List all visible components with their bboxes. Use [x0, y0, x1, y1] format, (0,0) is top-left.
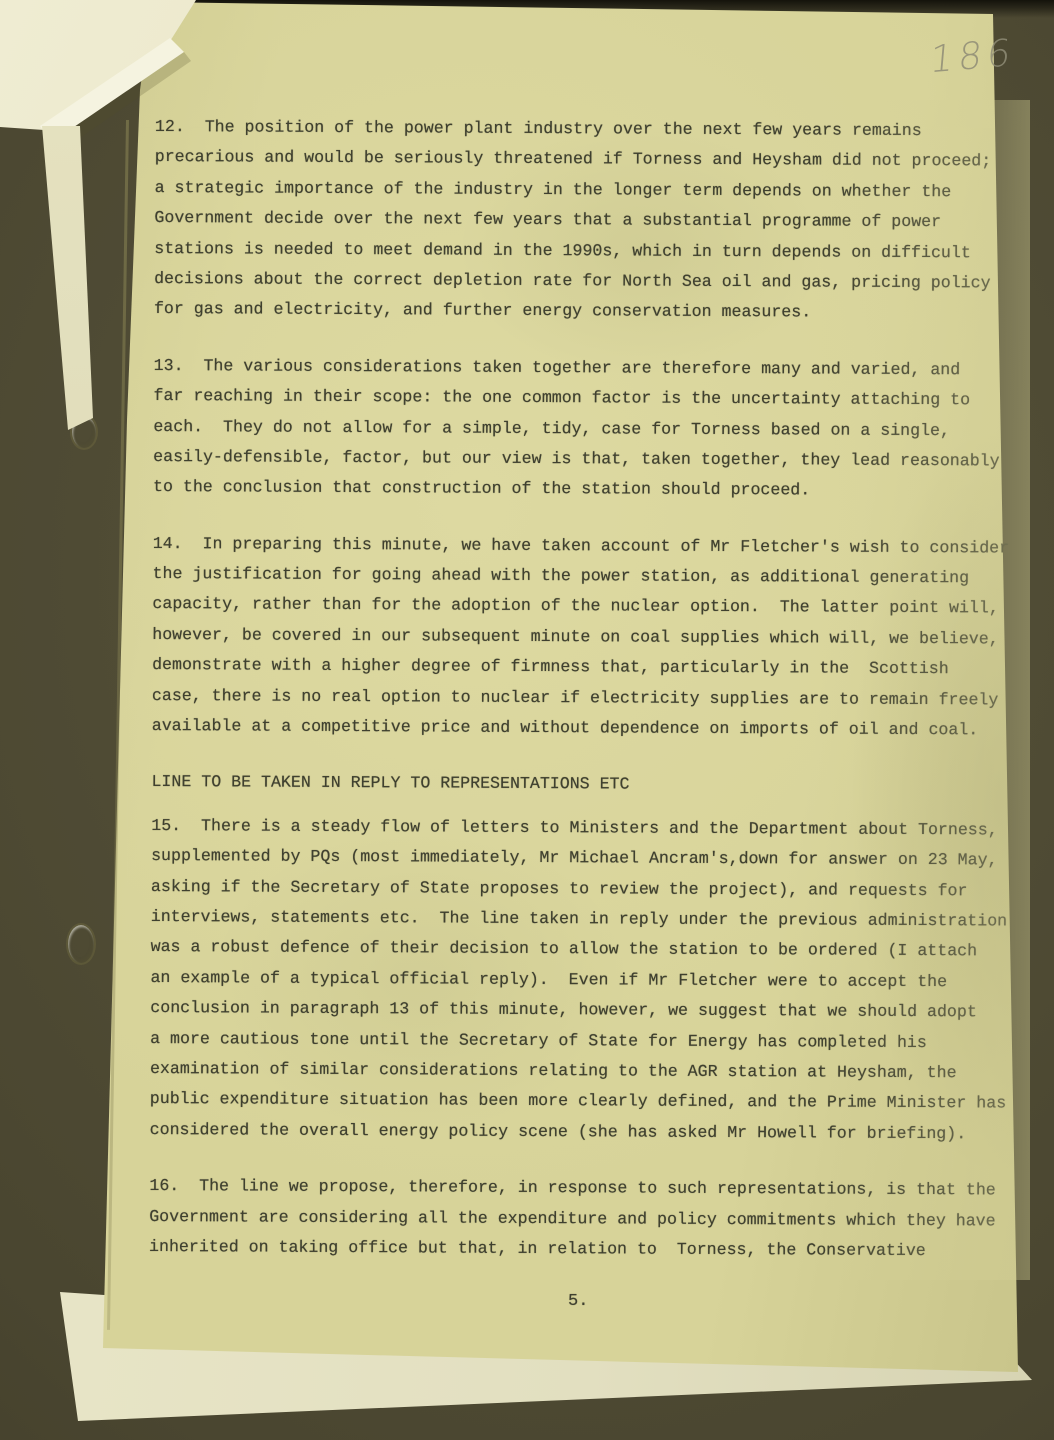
text-line: precarious and would be seriously threat… [155, 142, 1023, 177]
text-line: 14. In preparing this minute, we have ta… [153, 529, 1021, 564]
text-line: inherited on taking office but that, in … [149, 1232, 1017, 1267]
text-line: asking if the Secretary of State propose… [151, 872, 1019, 907]
paragraph-12: 12. The position of the power plant indu… [154, 112, 1023, 329]
text-line: Government are considering all the expen… [149, 1201, 1017, 1236]
text-line: however, be covered in our subsequent mi… [152, 620, 1020, 655]
text-line: 16. The line we propose, therefore, in r… [149, 1171, 1017, 1206]
text-line: Government decide over the next few year… [154, 203, 1022, 238]
text-line: 15. There is a steady flow of letters to… [151, 811, 1019, 846]
paragraph-15: 15. There is a steady flow of letters to… [150, 811, 1020, 1150]
text-block: 12. The position of the power plant indu… [149, 112, 1023, 1293]
text-line: available at a competitive price and wit… [152, 711, 1020, 746]
text-line: stations is needed to meet demand in the… [154, 234, 1022, 269]
text-line: the justification for going ahead with t… [152, 559, 1020, 594]
text-line: decisions about the correct depletion ra… [154, 264, 1022, 299]
scanned-document-photo: 186 12. The position of the power plant … [0, 0, 1054, 1440]
text-line: a strategic importance of the industry i… [155, 173, 1023, 208]
paragraph-14: 14. In preparing this minute, we have ta… [152, 529, 1021, 746]
text-line: LINE TO BE TAKEN IN REPLY TO REPRESENTAT… [151, 767, 1019, 802]
text-line: case, there is no real option to nuclear… [152, 681, 1020, 716]
text-line: examination of similar considerations re… [150, 1054, 1018, 1089]
text-line: 13. The various considerations taken tog… [154, 351, 1022, 386]
text-line: to the conclusion that construction of t… [153, 472, 1021, 507]
text-line: easily-defensible, factor, but our view … [153, 442, 1021, 477]
page-number: 5. [568, 1292, 588, 1311]
handwritten-folio-number: 186 [928, 31, 1017, 82]
text-line: interviews, statements etc. The line tak… [151, 902, 1019, 937]
text-line: each. They do not allow for a simple, ti… [153, 412, 1021, 447]
punch-hole-emboss-bottom [66, 923, 96, 965]
paragraph-16: 16. The line we propose, therefore, in r… [149, 1171, 1017, 1267]
text-line: an example of a typical official reply).… [150, 963, 1018, 998]
section-heading: LINE TO BE TAKEN IN REPLY TO REPRESENTAT… [151, 767, 1019, 802]
text-line: conclusion in paragraph 13 of this minut… [150, 993, 1018, 1028]
text-line: 12. The position of the power plant indu… [155, 112, 1023, 147]
text-line: far reaching in their scope: the one com… [153, 381, 1021, 416]
paragraph-13: 13. The various considerations taken tog… [153, 351, 1022, 507]
text-line: was a robust defence of their decision t… [151, 932, 1019, 967]
text-line: demonstrate with a higher degree of firm… [152, 650, 1020, 685]
text-line: a more cautious tone until the Secretary… [150, 1024, 1018, 1059]
text-line: capacity, rather than for the adoption o… [152, 589, 1020, 624]
text-line: supplemented by PQs (most immediately, M… [151, 841, 1019, 876]
text-line: for gas and electricity, and further ene… [154, 294, 1022, 329]
text-line: considered the overall energy policy sce… [150, 1115, 1018, 1150]
text-line: public expenditure situation has been mo… [150, 1084, 1018, 1119]
